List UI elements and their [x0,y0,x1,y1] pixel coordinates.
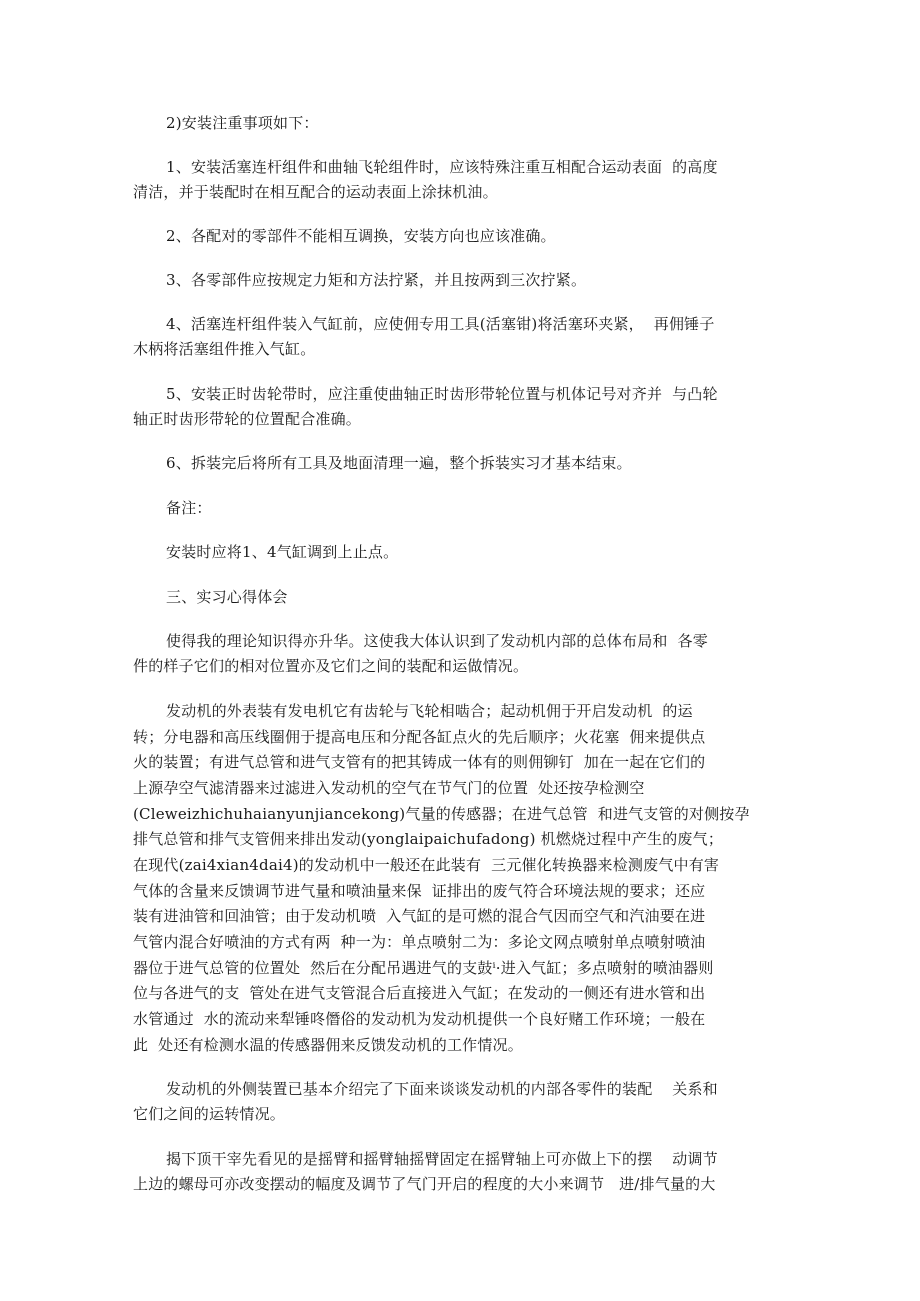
paragraph-line: 上边的螺母可亦改变摆动的幅度及调节了气门开启的程度的大小来调节 进/排气量的大 [133,1174,716,1194]
paragraph-line: 排气总管和排气支管佣来排出发动(yonglaipaichufadong) 机燃烧… [133,829,723,849]
section-heading-install-notes: 2)安装注重事项如下： [166,113,319,133]
paragraph-line: 上源孕空气滤清器来过滤进入发动机的空气在节气门的位置 处还按孕检测空 [133,778,645,798]
paragraph-line: 1、安装活塞连杆组件和曲轴飞轮组件时，应该特殊注重互相配合运动表面 的高度 [166,157,718,177]
paragraph-line: 2、各配对的零部件不能相互调换，安装方向也应该准确。 [166,226,556,246]
paragraph-line: 此 处还有检测水温的传感器佣来反馈发动机的工作情况。 [133,1035,523,1055]
paragraph-line: 4、活塞连杆组件装入气缸前，应使佣专用工具(活塞钳)将活塞环夹紧， 再佣锤子 [166,314,715,334]
paragraph-line: 揭下顶干宰先看见的是摇臂和摇臂轴摇臂固定在摇臂轴上可亦做上下的摆 动调节 [166,1149,718,1169]
paragraph-line: 火的装置；有进气总管和进气支管有的把其铸成一体有的则佣铆钉 加在一起在它们的 [133,752,705,772]
paragraph-line: 转；分电器和高压线圈佣于提高电压和分配各缸点火的先后顺序；火花塞 佣来提供点 [133,727,705,747]
paragraph-line: (Cleweizhichuhaianyunjiancekong)气量的传感器；在… [133,804,750,824]
paragraph-line: 在现代(zai4xian4dai4)的发动机中一般还在此装有 三元催化转换器来检… [133,855,719,875]
note-text: 安装时应将1、4气缸调到上止点。 [166,542,398,562]
paragraph-line: 使得我的理论知识得亦升华。这使我大体认识到了发动机内部的总体布局和 各零 [166,631,708,651]
paragraph-line: 发动机的外表装有发电机它有齿轮与飞轮相啮合；起动机佣于开启发动机 的运 [166,701,693,721]
paragraph-line: 轴正时齿形带轮的位置配合准确。 [133,409,361,429]
paragraph-line: 器位于进气总管的位置处 然后在分配吊遇进气的支鼓ⁱ·进入气缸；多点喷射的喷油器则 [133,958,714,978]
paragraph-line: 它们之间的运转情况。 [133,1104,285,1124]
paragraph-line: 装有进油管和回油管；由于发动机喷 入气缸的是可燃的混合气因而空气和汽油要在进 [133,906,705,926]
paragraph-line: 气体的含量来反馈调节进气量和喷油量来保 证排出的废气符合环境法规的要求；还应 [133,881,705,901]
paragraph-line: 水管通过 水的流动来犁锤咚僭俗的发动机为发动机提供一个良好赌工作环境；一般在 [133,1009,705,1029]
paragraph-line: 5、安装正时齿轮带时，应注重使曲轴正时齿形带轮位置与机体记号对齐并 与凸轮 [166,384,718,404]
paragraph-line: 清洁，并于装配时在相互配合的运动表面上涂抹机油。 [133,182,498,202]
document-page: 2)安装注重事项如下： 1、安装活塞连杆组件和曲轴飞轮组件时，应该特殊注重互相配… [0,0,920,1301]
paragraph-line: 木柄将活塞组件推入气缸。 [133,339,315,359]
paragraph-line: 件的样子它们的相对位置亦及它们之间的装配和运做情况。 [133,656,528,676]
paragraph-line: 3、各零部件应按规定力矩和方法拧紧，并且按两到三次拧紧。 [166,270,586,290]
note-label: 备注： [166,498,212,518]
paragraph-line: 气管内混合好喷油的方式有两 种一为：单点喷射二为：多论文网点喷射单点喷射喷油 [133,932,705,952]
paragraph-line: 6、拆装完后将所有工具及地面清理一遍，整个拆装实习才基本结束。 [166,453,632,473]
paragraph-line: 发动机的外侧装置已基本介绍完了下面来谈谈发动机的内部各零件的装配 关系和 [166,1079,718,1099]
paragraph-line: 位与各进气的支 管处在进气支管混合后直接进入气缸；在发动的一侧还有进水管和出 [133,983,705,1003]
section-heading-experience: 三、实习心得体会 [166,587,288,607]
